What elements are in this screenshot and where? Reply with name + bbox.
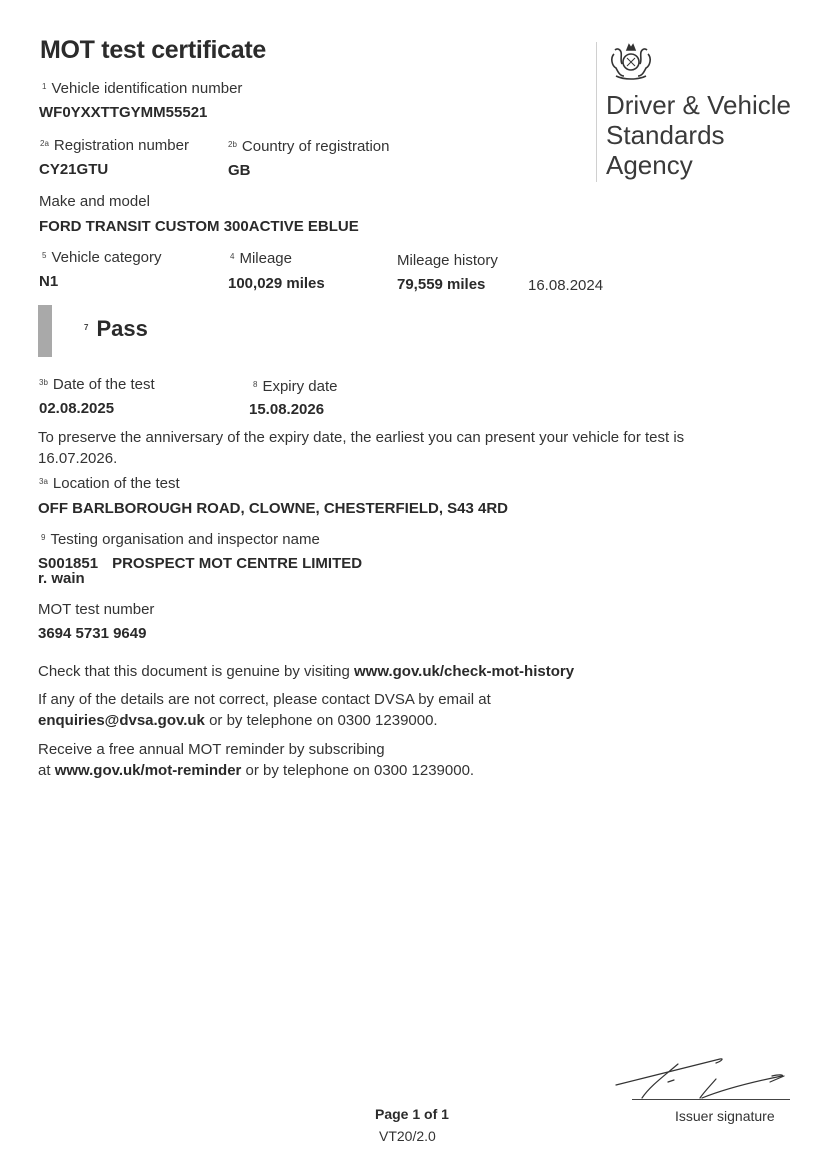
category-value: N1	[39, 273, 58, 290]
test-number-label: MOT test number	[38, 601, 154, 618]
organisation-value: S001851PROSPECT MOT CENTRE LIMITED	[38, 555, 362, 572]
page-indicator: Page 1 of 1	[375, 1106, 449, 1122]
mot-reminder-link[interactable]: www.gov.uk/mot-reminder	[55, 762, 242, 779]
mileage-value: 100,029 miles	[228, 275, 325, 292]
country-value: GB	[228, 162, 251, 179]
vin-value: WF0YXXTTGYMM55521	[39, 104, 207, 121]
check-mot-history-link[interactable]: www.gov.uk/check-mot-history	[354, 663, 574, 680]
issuer-signature-label: Issuer signature	[675, 1108, 775, 1124]
mileage-label: 4Mileage	[230, 250, 292, 267]
agency-name: Driver & Vehicle Standards Agency	[606, 90, 791, 180]
mileage-history-date: 16.08.2024	[528, 277, 603, 294]
result-indicator-bar	[38, 305, 52, 357]
royal-coat-of-arms-icon	[606, 40, 656, 82]
expiry-date-value: 15.08.2026	[249, 401, 324, 418]
reminder-note: Receive a free annual MOT reminder by su…	[38, 739, 474, 781]
test-date-label: 3bDate of the test	[39, 376, 155, 393]
make-model-value: FORD TRANSIT CUSTOM 300ACTIVE EBLUE	[39, 218, 359, 235]
organisation-label: 9Testing organisation and inspector name	[41, 531, 320, 548]
contact-note: If any of the details are not correct, p…	[38, 689, 491, 731]
location-label: 3aLocation of the test	[39, 475, 180, 492]
category-label: 5Vehicle category	[42, 249, 162, 266]
mileage-history-label: Mileage history	[397, 252, 498, 269]
mileage-history-value: 79,559 miles	[397, 276, 485, 293]
make-model-label: Make and model	[39, 193, 150, 210]
registration-value: CY21GTU	[39, 161, 108, 178]
check-genuine-note: Check that this document is genuine by v…	[38, 661, 574, 682]
issuer-signature-icon	[612, 1052, 802, 1102]
country-label: 2bCountry of registration	[228, 138, 389, 155]
contact-email-link[interactable]: enquiries@dvsa.gov.uk	[38, 712, 205, 729]
vin-label: 1Vehicle identification number	[42, 80, 242, 97]
signature-line	[632, 1099, 790, 1100]
logo-divider	[596, 42, 597, 182]
anniversary-note: To preserve the anniversary of the expir…	[38, 427, 778, 469]
registration-label: 2aRegistration number	[40, 137, 189, 154]
test-result: 7Pass	[84, 316, 148, 342]
test-number-value: 3694 5731 9649	[38, 625, 146, 642]
page-title: MOT test certificate	[40, 36, 266, 65]
inspector-name: r. wain	[38, 570, 85, 587]
test-date-value: 02.08.2025	[39, 400, 114, 417]
expiry-date-label: 8Expiry date	[253, 378, 338, 395]
form-version: VT20/2.0	[379, 1128, 436, 1144]
location-value: OFF BARLBOROUGH ROAD, CLOWNE, CHESTERFIE…	[38, 500, 508, 517]
